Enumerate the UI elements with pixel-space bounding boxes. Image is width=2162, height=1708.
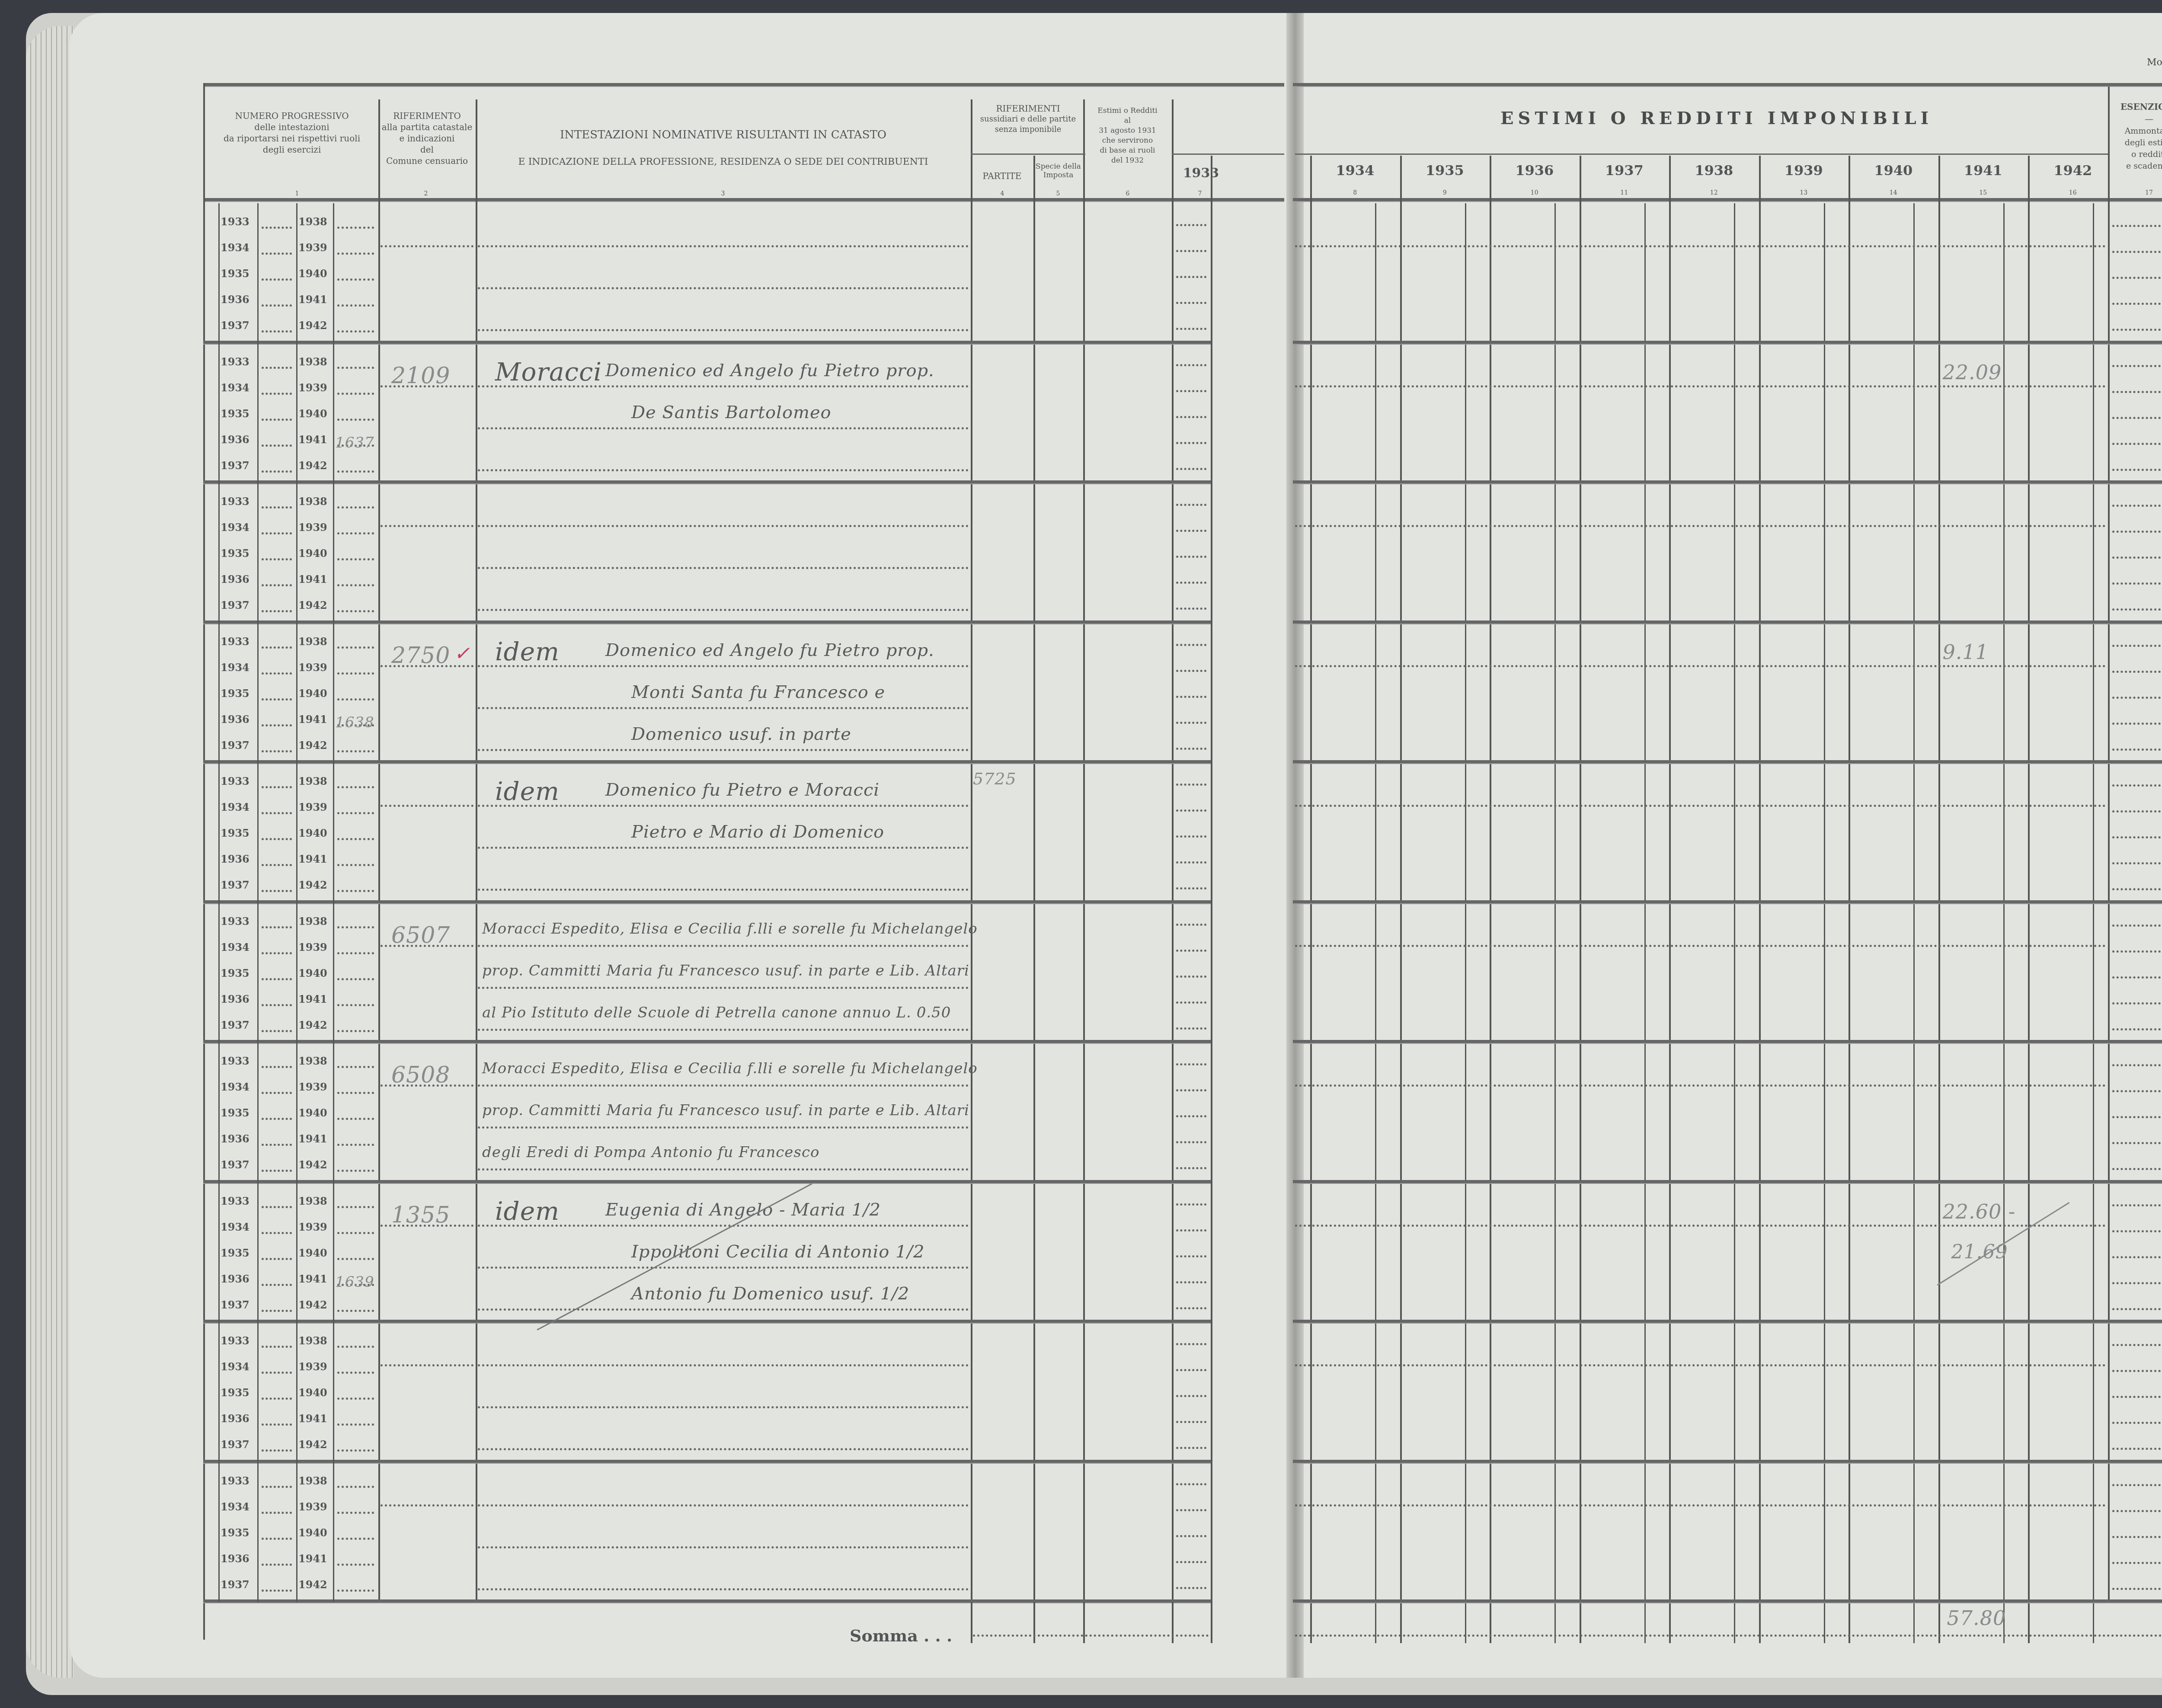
- year-label: 1940: [298, 267, 327, 280]
- year-dotted-line: [337, 367, 374, 369]
- year-label: 1935: [221, 547, 249, 560]
- value-dotted-line: [1176, 1447, 1206, 1449]
- text-dotted-line: [478, 609, 969, 611]
- text-dotted-line: [381, 245, 473, 247]
- value-dotted-line: [1176, 748, 1206, 750]
- year-label: 1934: [221, 941, 249, 953]
- year-label: 1936: [221, 433, 249, 446]
- value-1941-corrected: 21.69: [1951, 1241, 2008, 1263]
- year-label: 1942: [298, 459, 327, 472]
- year-header: 1936: [1490, 162, 1580, 179]
- year-column-divider: [257, 1322, 259, 1462]
- year-1933-header: 1933: [1172, 166, 1230, 181]
- year-dotted-line: [337, 1564, 374, 1566]
- value-dotted-line: [1176, 276, 1206, 278]
- left-page: [69, 13, 1289, 1678]
- owner-surname: idem: [495, 777, 560, 806]
- year-label: 1933: [221, 355, 249, 368]
- year-column-divider: [1849, 156, 1850, 1643]
- year-header: 1934: [1310, 162, 1400, 179]
- year-label: 1937: [221, 1578, 249, 1591]
- esenzioni-dotted-line: [2112, 950, 2162, 953]
- year-dotted-line: [262, 864, 292, 866]
- col2-header-line: e indicazioni: [378, 133, 476, 144]
- owner-text-line: Antonio fu Domenico usuf. 1/2: [631, 1284, 909, 1304]
- year-header: 1940: [1849, 162, 1938, 179]
- text-dotted-line: [478, 1406, 969, 1408]
- text-dotted-line: [478, 1168, 969, 1171]
- value-dotted-line: [1176, 1587, 1206, 1589]
- value-dotted-line: [1176, 608, 1206, 610]
- text-dotted-line: [478, 1126, 969, 1129]
- year-column-divider: [1400, 156, 1402, 1643]
- year-label: 1941: [298, 573, 327, 585]
- value-dotted-line: [1176, 1203, 1206, 1206]
- year-column-divider: [333, 1322, 334, 1462]
- year-dotted-line: [262, 1030, 292, 1032]
- col1-header-line: delle intestazioni: [208, 122, 376, 133]
- esenzioni-dotted-line: [2112, 836, 2162, 838]
- esenzioni-dotted-line: [2112, 1282, 2162, 1284]
- row-separator: [203, 1320, 1211, 1324]
- year-label: 1940: [298, 1247, 327, 1259]
- value-dotted-line: [1176, 328, 1206, 330]
- year-dotted-line: [262, 838, 292, 840]
- value-dotted-line: [1176, 1115, 1206, 1117]
- column-number: 8: [1310, 189, 1400, 196]
- year-dotted-line: [337, 672, 374, 675]
- column-number: 5: [1049, 190, 1067, 197]
- year-column-divider: [333, 203, 334, 343]
- text-dotted-line: [381, 1364, 473, 1366]
- year-dotted-line: [262, 1206, 292, 1208]
- row-separator: [1293, 1599, 2162, 1603]
- year-dotted-line: [262, 1284, 292, 1286]
- owner-surname: idem: [495, 1196, 560, 1226]
- year-label: 1933: [221, 1195, 249, 1207]
- year-dotted-line: [262, 786, 292, 788]
- col2-header-line: alla partita catastale: [378, 122, 476, 133]
- value-dotted-line: [1176, 950, 1206, 952]
- col2-header-line: Comune censuario: [378, 155, 476, 166]
- col6-header-line: al: [1083, 116, 1172, 126]
- value-dotted-line: [1176, 1281, 1206, 1283]
- year-label: 1939: [298, 1081, 327, 1093]
- year-dotted-line: [262, 1372, 292, 1374]
- year-dotted-line: [262, 419, 292, 421]
- text-dotted-line: [478, 889, 969, 891]
- year-header: 1935: [1400, 162, 1490, 179]
- somma-1941-value: 57.80: [1947, 1606, 2006, 1630]
- value-dotted-line: [1176, 1509, 1206, 1511]
- text-dotted-line: [478, 1364, 969, 1366]
- year-label: 1934: [221, 661, 249, 674]
- year-label: 1935: [221, 967, 249, 979]
- year-label: 1937: [221, 1158, 249, 1171]
- esenzioni-dotted-line: [2112, 277, 2162, 279]
- year-column-divider: [333, 1043, 334, 1183]
- year-dotted-line: [262, 1118, 292, 1120]
- year-column-divider: [333, 903, 334, 1043]
- year-label: 1933: [221, 1055, 249, 1067]
- year-label: 1939: [298, 1221, 327, 1233]
- esenzioni-dotted-line: [2112, 303, 2162, 305]
- year-label: 1936: [221, 1412, 249, 1425]
- year-label: 1942: [298, 1019, 327, 1031]
- years-top-rule: [1295, 154, 2108, 155]
- partita-side-number: 1637: [335, 434, 374, 451]
- year-header: 1942: [2028, 162, 2118, 179]
- value-dotted-line: [1176, 784, 1206, 786]
- year-dotted-line: [337, 646, 374, 649]
- year-label: 1935: [221, 687, 249, 700]
- year-label: 1936: [221, 1132, 249, 1145]
- year-dotted-line: [262, 952, 292, 954]
- year-label: 1935: [221, 1386, 249, 1399]
- column-divider: [476, 99, 477, 1602]
- year-column-divider: [257, 1043, 259, 1183]
- esenzioni-dotted-line: [2112, 1256, 2162, 1258]
- value-dotted-line: [1176, 1063, 1206, 1065]
- value-dotted-line: [1176, 250, 1206, 252]
- year-label: 1935: [221, 1247, 249, 1259]
- value-dotted-line: [1176, 1229, 1206, 1231]
- year-1933-rule: [1172, 154, 1284, 155]
- value-dotted-line: [1176, 530, 1206, 532]
- year-label: 1934: [221, 1081, 249, 1093]
- year-dotted-line: [337, 952, 374, 954]
- value-1941: 22.09: [1943, 361, 2002, 384]
- year-label: 1939: [298, 1360, 327, 1373]
- year-dotted-line: [262, 253, 292, 255]
- value-dotted-line: [1176, 924, 1206, 926]
- year-column-divider: [333, 623, 334, 763]
- year-dotted-line: [262, 1310, 292, 1312]
- riferimento-number: 6508: [391, 1062, 450, 1088]
- year-dotted-line: [337, 1486, 374, 1488]
- value-dotted-line: [1176, 1307, 1206, 1309]
- year-dotted-line: [262, 532, 292, 534]
- year-label: 1936: [221, 993, 249, 1005]
- year-label: 1933: [221, 215, 249, 228]
- year-dotted-line: [262, 812, 292, 814]
- value-dotted-line: [1176, 1089, 1206, 1091]
- esenzioni-dotted-line: [2112, 329, 2162, 331]
- year-column-divider: [2028, 156, 2030, 1643]
- text-dotted-line: [478, 1448, 969, 1450]
- esenzioni-dotted-line: [2112, 391, 2162, 393]
- esenzioni-dotted-line: [2112, 1308, 2162, 1310]
- year-label: 1938: [298, 775, 327, 787]
- row-separator: [203, 480, 1211, 484]
- book-gutter: [1286, 13, 1304, 1678]
- value-dotted-line: [1176, 809, 1206, 812]
- year-label: 1933: [221, 495, 249, 508]
- row-separator: [1293, 480, 2162, 484]
- year-column-divider: [257, 203, 259, 343]
- row-separator: [1293, 1040, 2162, 1044]
- year-column-divider: [218, 1462, 220, 1602]
- year-column-divider: [1490, 156, 1491, 1643]
- year-dotted-line: [337, 253, 374, 255]
- text-dotted-line: [478, 427, 969, 429]
- owner-text-line: De Santis Bartolomeo: [631, 403, 832, 422]
- column-number: 1: [288, 190, 306, 197]
- year-dotted-line: [337, 1118, 374, 1120]
- year-label: 1936: [221, 1273, 249, 1285]
- year-label: 1935: [221, 407, 249, 420]
- year-column-divider: [257, 343, 259, 483]
- right-page: [1302, 13, 2162, 1678]
- text-dotted-line: [478, 1029, 969, 1031]
- year-label: 1937: [221, 1019, 249, 1031]
- year-column-divider: [218, 1183, 220, 1323]
- text-dotted-line: [478, 567, 969, 569]
- col6-header-line: che servirono: [1083, 136, 1172, 146]
- column-number: 12: [1669, 189, 1759, 196]
- riferimento-number: 1355: [391, 1202, 450, 1228]
- year-label: 1937: [221, 599, 249, 611]
- esenzioni-line: e scadenze: [2108, 160, 2162, 172]
- col1-header-line: da riportarsi nei rispettivi ruoli: [208, 133, 376, 144]
- value-dotted-line: [1176, 1561, 1206, 1563]
- year-dotted-line: [262, 1004, 292, 1006]
- value-dotted-line: [1176, 390, 1206, 392]
- year-column-divider: [333, 1462, 334, 1602]
- esenzioni-dotted-line: [2112, 671, 2162, 673]
- value-dotted-line: [1176, 1535, 1206, 1537]
- value-dotted-line: [1295, 245, 2106, 247]
- esenzioni-dotted-line: [2112, 1588, 2162, 1590]
- owner-text-line: Moracci Espedito, Elisa e Cecilia f.lli …: [482, 1060, 978, 1077]
- year-dotted-line: [337, 890, 374, 892]
- column-number: 3: [714, 190, 732, 197]
- esenzioni-dash: —: [2108, 112, 2162, 126]
- year-dotted-line: [337, 1372, 374, 1374]
- somma-column-divider: [971, 1602, 972, 1643]
- year-label: 1941: [298, 713, 327, 726]
- year-dotted-line: [337, 1258, 374, 1260]
- year-dotted-line: [262, 1486, 292, 1488]
- cents-divider: [1644, 203, 1646, 1643]
- year-dotted-line: [337, 1170, 374, 1172]
- year-column-divider: [296, 1322, 297, 1462]
- col6-header-line: di base ai ruoli: [1083, 146, 1172, 156]
- header-bottom-rule: [203, 198, 1284, 202]
- value-dotted-line: [1176, 887, 1206, 889]
- year-dotted-line: [262, 890, 292, 892]
- year-dotted-line: [262, 506, 292, 509]
- cents-divider: [2003, 203, 2005, 1643]
- cents-divider: [1554, 203, 1556, 1643]
- year-dotted-line: [262, 367, 292, 369]
- row-separator: [1293, 1460, 2162, 1464]
- owner-text-line: Ippolitoni Cecilia di Antonio 1/2: [631, 1242, 924, 1262]
- value-dotted-line: [1295, 945, 2106, 947]
- value-dotted-line: [1295, 385, 2106, 387]
- year-dotted-line: [337, 532, 374, 534]
- col1-header-line: degli esercizi: [208, 144, 376, 155]
- row-separator: [203, 1599, 1211, 1603]
- esenzioni-dotted-line: [2112, 888, 2162, 890]
- year-column-divider: [296, 903, 297, 1043]
- esenzioni-dotted-line: [2112, 862, 2162, 864]
- year-label: 1934: [221, 241, 249, 254]
- cents-divider: [1375, 203, 1376, 1643]
- esenzioni-line: Ammontare: [2108, 125, 2162, 137]
- column-number: 16: [2028, 189, 2118, 196]
- row-separator: [1293, 1180, 2162, 1184]
- year-header: 1941: [1938, 162, 2028, 179]
- year-column-divider: [296, 483, 297, 623]
- text-dotted-line: [478, 847, 969, 849]
- value-dotted-line: [1176, 1369, 1206, 1371]
- partita-side-number: 1638: [335, 714, 374, 731]
- esenzioni-dotted-line: [2112, 557, 2162, 559]
- esenzioni-dotted-line: [2112, 1028, 2162, 1030]
- partite-header: PARTITE: [971, 169, 1033, 183]
- year-dotted-line: [262, 1398, 292, 1400]
- year-label: 1940: [298, 1386, 327, 1399]
- year-label: 1938: [298, 215, 327, 228]
- year-label: 1933: [221, 1334, 249, 1347]
- value-dotted-line: [1295, 525, 2106, 527]
- year-label: 1935: [221, 1526, 249, 1539]
- year-column-divider: [296, 1043, 297, 1183]
- year-column-divider: [1310, 156, 1312, 1643]
- esenzioni-dotted-line: [2112, 1090, 2162, 1092]
- text-dotted-line: [478, 245, 969, 247]
- year-label: 1941: [298, 293, 327, 306]
- owner-text-line: Moracci Espedito, Elisa e Cecilia f.lli …: [482, 920, 978, 937]
- col3-title: INTESTAZIONI NOMINATIVE RISULTANTI IN CA…: [476, 128, 971, 142]
- cents-divider: [1465, 203, 1466, 1643]
- value-dotted-line: [1176, 302, 1206, 304]
- year-label: 1934: [221, 1221, 249, 1233]
- somma-column-divider: [1172, 1602, 1174, 1643]
- year-dotted-line: [337, 278, 374, 281]
- year-dotted-line: [262, 393, 292, 395]
- year-dotted-line: [337, 812, 374, 814]
- value-dotted-line: [1295, 665, 2106, 667]
- somma-label: Somma . . .: [850, 1626, 952, 1645]
- text-dotted-line: [478, 329, 969, 331]
- year-dotted-line: [262, 445, 292, 447]
- year-dotted-line: [337, 304, 374, 307]
- column-number: 13: [1759, 189, 1849, 196]
- somma-dotted-line: [1295, 1634, 2162, 1637]
- column-number: 11: [1580, 189, 1669, 196]
- col6-header-line: 31 agosto 1931: [1083, 126, 1172, 136]
- year-label: 1941: [298, 1552, 327, 1565]
- year-dotted-line: [337, 419, 374, 421]
- esenzioni-dotted-line: [2112, 1064, 2162, 1066]
- check-mark: ✓: [454, 643, 470, 665]
- year-dotted-line: [337, 393, 374, 395]
- row-separator: [203, 1180, 1211, 1184]
- owner-text-line: Eugenia di Angelo - Maria 1/2: [605, 1200, 881, 1220]
- value-dotted-line: [1176, 1001, 1206, 1004]
- esenzioni-dotted-line: [2112, 1510, 2162, 1512]
- table-top-rule: [1293, 83, 2162, 87]
- column-divider: [1211, 156, 1212, 1602]
- owner-surname: idem: [495, 637, 560, 666]
- col2-header-line: del: [378, 144, 476, 155]
- esenzioni-dotted-line: [2112, 645, 2162, 647]
- text-dotted-line: [478, 287, 969, 289]
- text-dotted-line: [478, 987, 969, 989]
- column-divider: [1083, 99, 1085, 1602]
- esenzioni-dotted-line: [2112, 1484, 2162, 1486]
- owner-text-line: Monti Santa fu Francesco e: [631, 682, 885, 702]
- year-column-divider: [296, 763, 297, 903]
- esenzioni-dotted-line: [2112, 723, 2162, 725]
- col1-header: NUMERO PROGRESSIVOdelle intestazionida r…: [208, 110, 376, 155]
- year-label: 1941: [298, 1412, 327, 1425]
- year-dotted-line: [337, 1590, 374, 1592]
- year-dotted-line: [337, 1310, 374, 1312]
- owner-text-line: Domenico fu Pietro e Moracci: [605, 780, 880, 800]
- value-dotted-line: [1176, 722, 1206, 724]
- value-dotted-line: [1176, 504, 1206, 506]
- year-dotted-line: [337, 864, 374, 866]
- year-column-divider: [296, 1183, 297, 1323]
- row-separator: [203, 621, 1211, 624]
- year-dotted-line: [337, 786, 374, 788]
- year-dotted-line: [337, 698, 374, 700]
- year-column-divider: [296, 343, 297, 483]
- esenzioni-dotted-line: [2112, 1002, 2162, 1004]
- year-label: 1938: [298, 1475, 327, 1487]
- row-separator: [203, 1460, 1211, 1464]
- year-dotted-line: [262, 584, 292, 586]
- year-label: 1942: [298, 1578, 327, 1591]
- esenzioni-dotted-line: [2112, 1396, 2162, 1398]
- somma-dotted-line: [973, 1634, 1209, 1637]
- year-label: 1939: [298, 941, 327, 953]
- value-dotted-line: [1176, 861, 1206, 864]
- year-dotted-line: [337, 584, 374, 586]
- esenzioni-dotted-line: [2112, 1168, 2162, 1170]
- value-dotted-line: [1176, 442, 1206, 444]
- year-label: 1936: [221, 853, 249, 865]
- year-header: 1937: [1580, 162, 1669, 179]
- year-dotted-line: [262, 750, 292, 752]
- year-label: 1934: [221, 381, 249, 394]
- col2-header-line: RIFERIMENTO: [378, 110, 476, 122]
- owner-text-line: degli Eredi di Pompa Antonio fu Francesc…: [482, 1144, 819, 1161]
- esenzioni-dotted-line: [2112, 1344, 2162, 1346]
- esenzioni-dotted-line: [2112, 365, 2162, 367]
- value-dotted-line: [1176, 364, 1206, 366]
- esenzioni-dotted-line: [2112, 251, 2162, 253]
- value-dotted-line: [1176, 835, 1206, 838]
- year-dotted-line: [337, 1538, 374, 1540]
- year-label: 1941: [298, 1273, 327, 1285]
- year-label: 1941: [298, 853, 327, 865]
- esenzioni-dotted-line: [2112, 417, 2162, 419]
- table-left-border: [203, 83, 205, 1640]
- esenzioni-dotted-line: [2112, 1230, 2162, 1232]
- year-dotted-line: [262, 610, 292, 612]
- text-dotted-line: [381, 525, 473, 527]
- year-dotted-line: [262, 1538, 292, 1540]
- year-dotted-line: [337, 1232, 374, 1234]
- esenzioni-dotted-line: [2112, 784, 2162, 787]
- year-column-divider: [218, 1043, 220, 1183]
- year-dotted-line: [262, 926, 292, 928]
- esenzioni-dotted-line: [2112, 531, 2162, 533]
